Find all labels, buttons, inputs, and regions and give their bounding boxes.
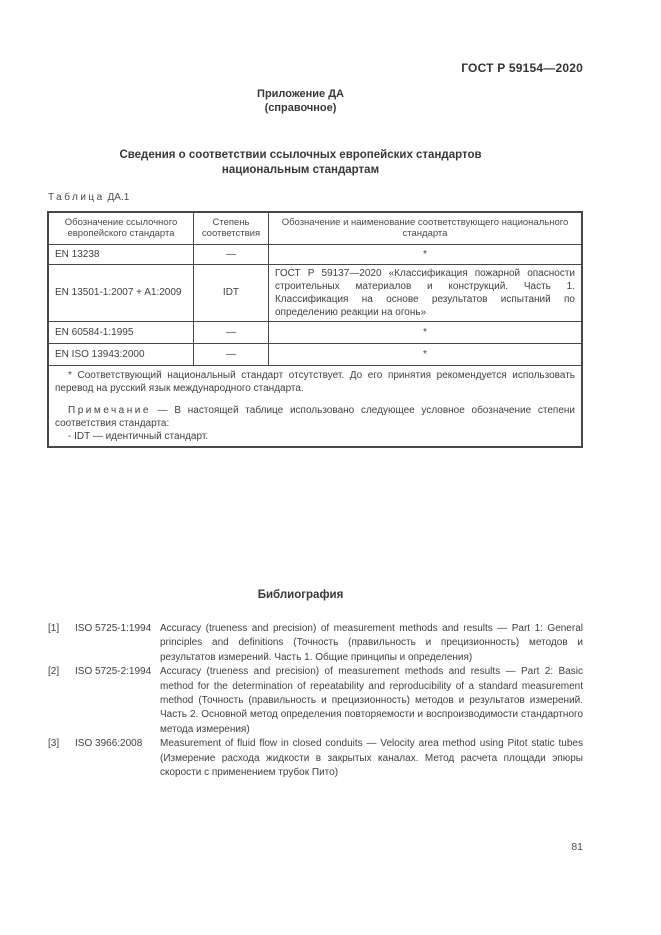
table-note: Примечание — В настоящей таблице использ… — [55, 404, 575, 430]
bibliography-item-number: [3] — [48, 737, 75, 751]
document-code: ГОСТ Р 59154—2020 — [461, 61, 583, 75]
cell-degree: — — [194, 343, 269, 365]
cell-national: * — [268, 343, 582, 365]
table-row: EN 60584-1:1995 — * — [48, 321, 582, 343]
bibliography-heading: Библиография — [48, 589, 553, 601]
cell-national: ГОСТ Р 59137—2020 «Классификация пожарно… — [268, 264, 582, 321]
correspondence-table: Обозначение ссылочного европейского стан… — [47, 211, 583, 448]
cell-reference: EN 13501-1:2007 + A1:2009 — [48, 264, 194, 321]
table-note-item: - IDT — идентичный стандарт. — [55, 430, 575, 443]
annex-type: (справочное) — [48, 101, 553, 115]
table-note-label: Примечание — [68, 405, 151, 416]
table-row: EN 13238 — * — [48, 244, 582, 264]
annex-heading: Приложение ДА (справочное) — [48, 87, 553, 115]
page-number: 81 — [571, 841, 583, 853]
bibliography-list: [1] ISO 5725-1:1994 Accuracy (trueness a… — [48, 622, 583, 780]
cell-degree: IDT — [194, 264, 269, 321]
bibliography-item: [2] ISO 5725-2:1994 Accuracy (trueness a… — [48, 665, 583, 737]
cell-reference: EN 60584-1:1995 — [48, 321, 194, 343]
cell-national: * — [268, 321, 582, 343]
table-footnote-cell: * Соответствующий национальный стандарт … — [48, 365, 582, 447]
bibliography-item-text: Measurement of fluid flow in closed cond… — [160, 737, 583, 780]
annex-title: Сведения о соответствии ссылочных европе… — [77, 148, 525, 178]
bibliography-item-code: ISO 5725-2:1994 — [75, 665, 160, 679]
bibliography-item-text: Accuracy (trueness and precision) of mea… — [160, 665, 583, 737]
table-footnote: * Соответствующий национальный стандарт … — [55, 369, 575, 395]
annex-title-wrap: Сведения о соответствии ссылочных европе… — [48, 148, 553, 178]
cell-reference: EN ISO 13943:2000 — [48, 343, 194, 365]
bibliography-item: [1] ISO 5725-1:1994 Accuracy (trueness a… — [48, 622, 583, 665]
bibliography-item-number: [2] — [48, 665, 75, 679]
table-caption: Таблица ДА.1 — [48, 192, 129, 203]
cell-reference: EN 13238 — [48, 244, 194, 264]
bibliography-item-code: ISO 3966:2008 — [75, 737, 160, 751]
cell-national: * — [268, 244, 582, 264]
bibliography-item-number: [1] — [48, 622, 75, 636]
bibliography-item: [3] ISO 3966:2008 Measurement of fluid f… — [48, 737, 583, 780]
column-header-reference: Обозначение ссылочного европейского стан… — [48, 212, 194, 244]
column-header-degree: Степень соответствия — [194, 212, 269, 244]
bibliography-item-code: ISO 5725-1:1994 — [75, 622, 160, 636]
document-page: ГОСТ Р 59154—2020 Приложение ДА (справоч… — [0, 0, 661, 935]
table-caption-word: Таблица — [48, 192, 105, 203]
table-header-row: Обозначение ссылочного европейского стан… — [48, 212, 582, 244]
table-footnote-row: * Соответствующий национальный стандарт … — [48, 365, 582, 447]
table-row: EN ISO 13943:2000 — * — [48, 343, 582, 365]
column-header-national: Обозначение и наименование соответствующ… — [268, 212, 582, 244]
table-caption-number: ДА.1 — [108, 192, 130, 203]
cell-degree: — — [194, 321, 269, 343]
bibliography-item-text: Accuracy (trueness and precision) of mea… — [160, 622, 583, 665]
cell-degree: — — [194, 244, 269, 264]
table-row: EN 13501-1:2007 + A1:2009 IDT ГОСТ Р 591… — [48, 264, 582, 321]
annex-label: Приложение ДА — [48, 87, 553, 101]
